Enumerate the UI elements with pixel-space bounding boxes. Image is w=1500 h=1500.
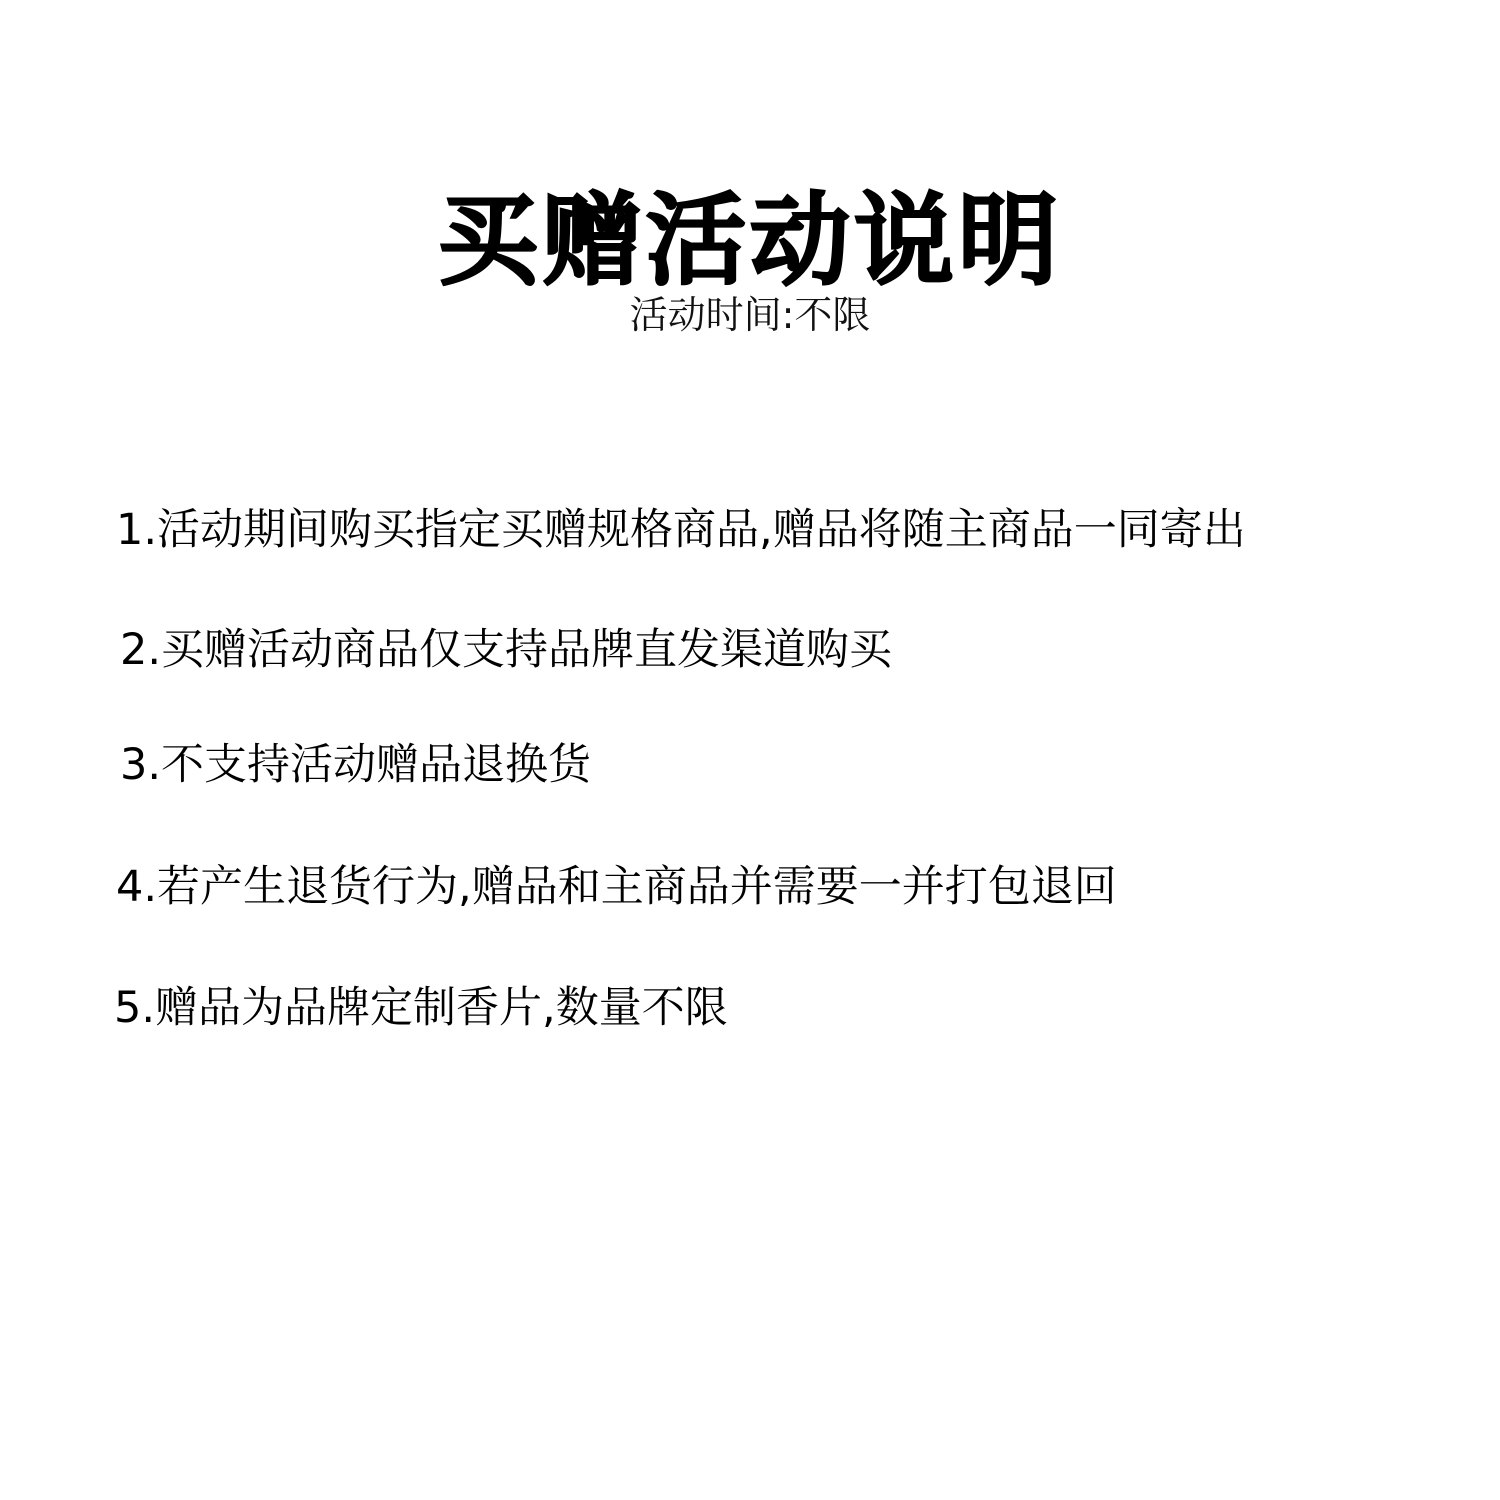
rule-item-1: 1.活动期间购买指定买赠规格商品,赠品将随主商品一同寄出 xyxy=(116,500,1246,560)
rule-text: 不支持活动赠品退换货 xyxy=(161,740,591,790)
rule-text: 买赠活动商品仅支持品牌直发渠道购买 xyxy=(161,625,892,675)
rule-text: 若产生退货行为,赠品和主商品并需要一并打包退回 xyxy=(157,862,1117,912)
rule-number: 1. xyxy=(116,505,157,555)
promotion-rules-page: 买赠活动说明 活动时间:不限 1.活动期间购买指定买赠规格商品,赠品将随主商品一… xyxy=(0,0,1500,1500)
rule-item-2: 2.买赠活动商品仅支持品牌直发渠道购买 xyxy=(120,620,892,680)
rule-number: 4. xyxy=(116,862,157,912)
rule-number: 2. xyxy=(120,625,161,675)
page-title: 买赠活动说明 xyxy=(0,179,1500,303)
rule-item-5: 5.赠品为品牌定制香片,数量不限 xyxy=(114,978,728,1038)
activity-time: 活动时间:不限 xyxy=(0,290,1500,340)
rule-item-4: 4.若产生退货行为,赠品和主商品并需要一并打包退回 xyxy=(116,857,1117,917)
rule-number: 5. xyxy=(114,983,155,1033)
rule-item-3: 3.不支持活动赠品退换货 xyxy=(120,735,591,795)
rule-number: 3. xyxy=(120,740,161,790)
rule-text: 赠品为品牌定制香片,数量不限 xyxy=(155,983,728,1033)
rule-text: 活动期间购买指定买赠规格商品,赠品将随主商品一同寄出 xyxy=(157,505,1246,555)
